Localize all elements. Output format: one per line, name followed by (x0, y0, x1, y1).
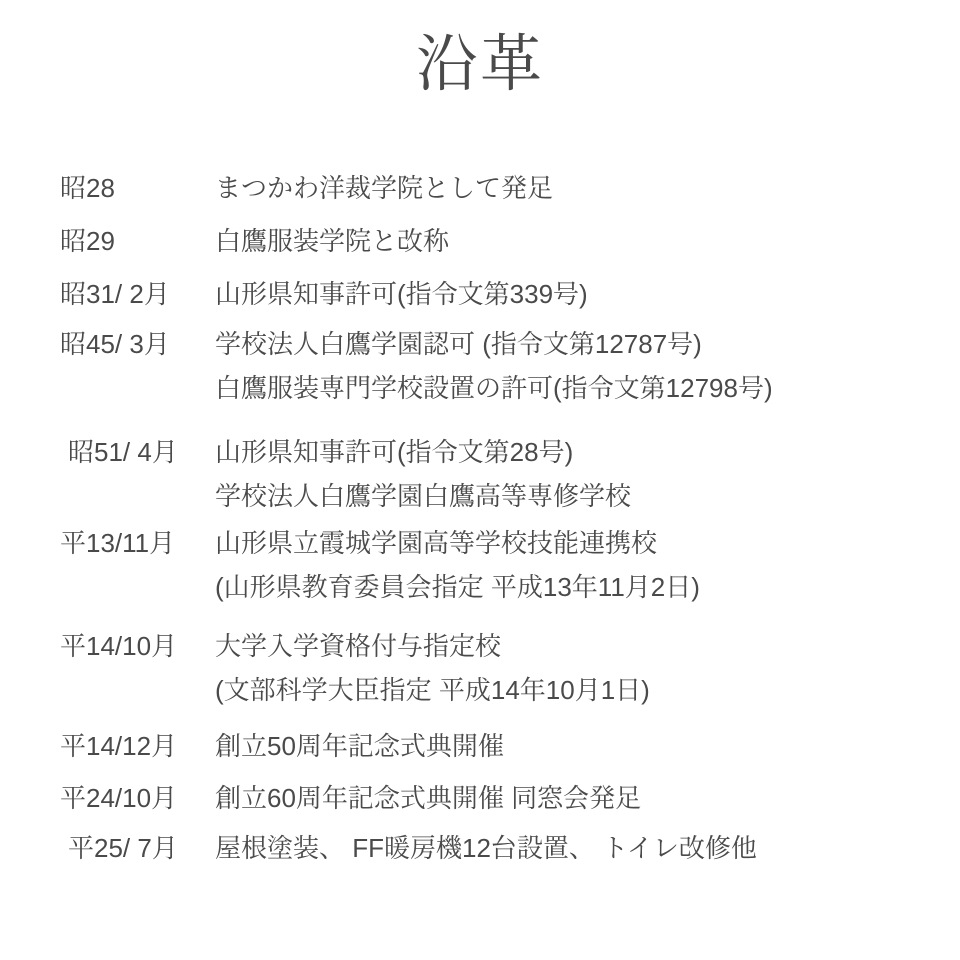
history-line: 大学入学資格付与指定校 (215, 624, 930, 668)
history-row: 平14/10月 大学入学資格付与指定校 (文部科学大臣指定 平成14年10月1日… (60, 624, 930, 712)
history-date: 平25/ 7月 (60, 826, 215, 870)
history-date: 平14/12月 (60, 724, 215, 768)
history-row: 昭29 白鷹服装学院と改称 (60, 219, 930, 263)
history-line: 学校法人白鷹学園白鷹高等専修学校 (215, 474, 930, 518)
history-row: 平25/ 7月 屋根塗装、 FF暖房機12台設置、 トイレ改修他 (60, 826, 930, 870)
history-description: 屋根塗装、 FF暖房機12台設置、 トイレ改修他 (215, 826, 930, 870)
history-line: 山形県立霞城学園高等学校技能連携校 (215, 521, 930, 565)
history-date: 昭45/ 3月 (60, 322, 215, 366)
history-date: 平24/10月 (60, 776, 215, 820)
history-row: 昭51/ 4月 山形県知事許可(指令文第28号) 学校法人白鷹学園白鷹高等専修学… (60, 430, 930, 518)
history-line: 白鷹服装学院と改称 (215, 219, 930, 263)
history-date: 昭31/ 2月 (60, 272, 215, 316)
history-date: 昭51/ 4月 (60, 430, 215, 474)
history-description: 山形県立霞城学園高等学校技能連携校 (山形県教育委員会指定 平成13年11月2日… (215, 521, 930, 609)
history-date: 平13/11月 (60, 521, 215, 565)
history-line: 学校法人白鷹学園認可 (指令文第12787号) (215, 322, 930, 366)
history-date: 昭29 (60, 219, 215, 263)
history-line: (山形県教育委員会指定 平成13年11月2日) (215, 565, 930, 609)
history-description: まつかわ洋裁学院として発足 (215, 166, 930, 210)
history-page: 沿革 昭28 まつかわ洋裁学院として発足 昭29 白鷹服装学院と改称 昭31/ … (0, 0, 960, 960)
page-title: 沿革 (0, 28, 960, 102)
history-line: 白鷹服装専門学校設置の許可(指令文第12798号) (215, 366, 930, 410)
history-description: 創立50周年記念式典開催 (215, 724, 930, 768)
history-row: 平14/12月 創立50周年記念式典開催 (60, 724, 930, 768)
history-line: 創立50周年記念式典開催 (215, 724, 930, 768)
history-list: 昭28 まつかわ洋裁学院として発足 昭29 白鷹服装学院と改称 昭31/ 2月 … (60, 166, 930, 870)
history-date: 昭28 (60, 166, 215, 210)
history-description: 白鷹服装学院と改称 (215, 219, 930, 263)
history-row: 昭45/ 3月 学校法人白鷹学園認可 (指令文第12787号) 白鷹服装専門学校… (60, 322, 930, 410)
history-description: 学校法人白鷹学園認可 (指令文第12787号) 白鷹服装専門学校設置の許可(指令… (215, 322, 930, 410)
history-row: 昭28 まつかわ洋裁学院として発足 (60, 166, 930, 210)
history-date: 平14/10月 (60, 624, 215, 668)
history-description: 大学入学資格付与指定校 (文部科学大臣指定 平成14年10月1日) (215, 624, 930, 712)
history-line: 創立60周年記念式典開催 同窓会発足 (215, 776, 930, 820)
history-line: 屋根塗装、 FF暖房機12台設置、 トイレ改修他 (215, 826, 930, 870)
history-line: まつかわ洋裁学院として発足 (215, 166, 930, 210)
history-description: 山形県知事許可(指令文第339号) (215, 272, 930, 316)
history-row: 昭31/ 2月 山形県知事許可(指令文第339号) (60, 272, 930, 316)
history-row: 平13/11月 山形県立霞城学園高等学校技能連携校 (山形県教育委員会指定 平成… (60, 521, 930, 609)
history-line: 山形県知事許可(指令文第339号) (215, 272, 930, 316)
history-line: 山形県知事許可(指令文第28号) (215, 430, 930, 474)
history-description: 山形県知事許可(指令文第28号) 学校法人白鷹学園白鷹高等専修学校 (215, 430, 930, 518)
history-description: 創立60周年記念式典開催 同窓会発足 (215, 776, 930, 820)
history-line: (文部科学大臣指定 平成14年10月1日) (215, 668, 930, 712)
history-row: 平24/10月 創立60周年記念式典開催 同窓会発足 (60, 776, 930, 820)
